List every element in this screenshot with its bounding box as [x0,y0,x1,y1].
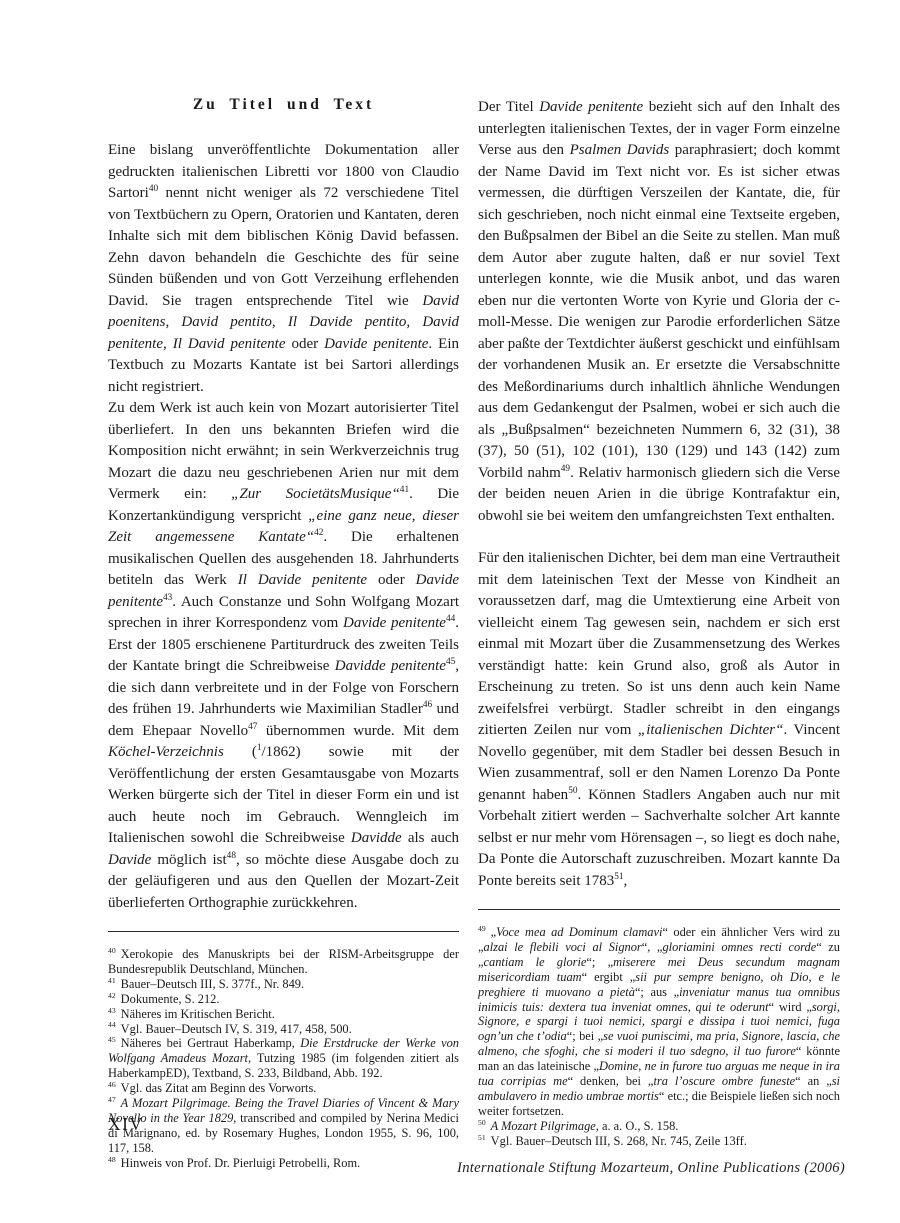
section-heading: Zu Titel und Text [108,96,459,114]
footnote-rule-left [108,931,459,932]
text-run: Vgl. Bauer–Deutsch III, S. 268, Nr. 745,… [491,1134,747,1148]
footnote: 40Xerokopie des Manuskripts bei der RISM… [108,947,459,977]
text-run: tra l’oscure ombre funeste [653,1074,795,1088]
footnote: 45Näheres bei Gertraut Haberkamp, Die Er… [108,1036,459,1081]
text-run: Der Titel [478,99,539,115]
text-run: Für den italienischen Dichter, bei dem m… [478,550,840,738]
text-run: Bauer–Deutsch III, S. 377f., Nr. 849. [121,977,304,991]
text-run: alzai le flebili voci al Signor [484,940,642,954]
text-run: Köchel-Verzeichnis [108,744,224,760]
text-run: Davide penitente [343,615,446,631]
right-body: Der Titel Davide penitente bezieht sich … [478,97,840,892]
right-footnotes: 49„Voce mea ad Dominum clamavi“ oder ein… [478,925,840,1149]
text-run: “ wird „ [769,1000,812,1014]
text-run: als auch [402,830,459,846]
footnote-ref: 49 [561,464,570,474]
text-run: A Mozart Pilgrimage [491,1119,596,1133]
left-footnotes: 40Xerokopie des Manuskripts bei der RISM… [108,947,459,1171]
text-run: nennt nicht weniger als 72 verschiedene … [108,185,459,309]
footnote: 42Dokumente, S. 212. [108,992,459,1007]
footnote-number: 40 [108,946,116,955]
text-run: “ an „ [795,1074,832,1088]
footnote: 50A Mozart Pilgrimage, a. a. O., S. 158. [478,1119,840,1134]
text-run: Dokumente, S. 212. [121,992,220,1006]
footnote: 47A Mozart Pilgrimage. Being the Travel … [108,1096,459,1156]
text-run: “, „ [642,940,663,954]
text-run: Hinweis von Prof. Dr. Pierluigi Petrobel… [121,1156,361,1170]
text-run: “; „ [586,955,613,969]
footnote-rule-right [478,909,840,910]
text-run: „Zur SocietätsMusique“ [231,486,400,502]
text-run: „italienischen Dichter“ [638,722,784,738]
footnote-ref: 40 [149,184,158,194]
text-run: Davide penitente [324,336,428,352]
text-run: Vgl. das Zitat am Beginn des Vorworts. [121,1081,317,1095]
footnote-number: 48 [108,1155,116,1164]
footnote-ref: 51 [614,872,623,882]
text-run: paraphrasiert; doch kommt der Name David… [478,142,840,481]
footnote: 48Hinweis von Prof. Dr. Pierluigi Petrob… [108,1156,459,1171]
footnote: 46Vgl. das Zitat am Beginn des Vorworts. [108,1081,459,1096]
text-run: , a. a. O., S. 158. [596,1119,679,1133]
footnote-ref: 46 [423,700,432,710]
body-paragraph: Zu dem Werk ist auch kein von Mozart aut… [108,398,459,914]
footnote-number: 42 [108,991,116,1000]
left-body: Eine bislang unveröffentlichte Dokumenta… [108,140,459,914]
body-paragraph: Für den italienischen Dichter, bei dem m… [478,548,840,892]
text-run: möglich ist [151,852,226,868]
text-run: Näheres bei Gertraut Haberkamp, [121,1036,301,1050]
footnote-ref: 48 [227,851,236,861]
footnote-number: 44 [108,1020,116,1029]
text-run: Davidde penitente [335,658,446,674]
text-run: Näheres im Kritischen Bericht. [121,1007,275,1021]
footnote-number: 41 [108,976,116,985]
footnote-ref: 42 [314,528,323,538]
text-run: “ ergibt „ [582,970,636,984]
body-paragraph: Der Titel Davide penitente bezieht sich … [478,97,840,527]
footnote-number: 51 [478,1133,486,1142]
footnote-number: 43 [108,1006,116,1015]
footnote-number: 46 [108,1080,116,1089]
footnote-number: 50 [478,1118,486,1127]
text-run: Il Davide penitente [238,572,367,588]
footnote-ref: 44 [446,614,455,624]
text-run: oder [286,336,325,352]
footnote: 41Bauer–Deutsch III, S. 377f., Nr. 849. [108,977,459,992]
footnote: 43Näheres im Kritischen Bericht. [108,1007,459,1022]
footnote-number: 49 [478,924,486,933]
text-run: oder [367,572,416,588]
page-number: XIV [108,1114,144,1135]
footnote: 44Vgl. Bauer–Deutsch IV, S. 319, 417, 45… [108,1022,459,1037]
text-run: Vgl. Bauer–Deutsch IV, S. 319, 417, 458,… [121,1022,352,1036]
document-page: Zu Titel und Text Eine bislang unveröffe… [0,0,900,1223]
text-run: Davide penitente [539,99,643,115]
text-run: “ denken, bei „ [568,1074,654,1088]
left-column: Zu Titel und Text Eine bislang unveröffe… [108,96,459,1171]
text-run: gloriamini omnes recti corde [662,940,816,954]
text-run: Davidde [351,830,402,846]
text-run: Davide [108,852,151,868]
text-run: , [624,873,628,889]
text-run: Voce mea ad Dominum clamavi [496,925,662,939]
text-run: übernommen wurde. Mit dem [257,723,459,739]
text-run: cantiam le glorie [484,955,587,969]
footnote-ref: 45 [446,657,455,667]
footnote-ref: 41 [400,485,409,495]
footer-credit: Internationale Stiftung Mozarteum, Onlin… [457,1160,845,1177]
footnote-number: 45 [108,1035,116,1044]
text-run: “; bei „ [567,1029,603,1043]
footnote: 51Vgl. Bauer–Deutsch III, S. 268, Nr. 74… [478,1134,840,1149]
footnote: 49„Voce mea ad Dominum clamavi“ oder ein… [478,925,840,1119]
text-run: ( [224,744,257,760]
text-run: Psalmen Davids [570,142,670,158]
text-run: “; aus „ [635,985,679,999]
footnote-number: 47 [108,1095,116,1104]
body-paragraph: Eine bislang unveröffentlichte Dokumenta… [108,140,459,398]
right-column: Der Titel Davide penitente bezieht sich … [478,97,840,1149]
text-run: Xerokopie des Manuskripts bei der RISM-A… [108,947,459,976]
footnote-ref: 43 [163,593,172,603]
